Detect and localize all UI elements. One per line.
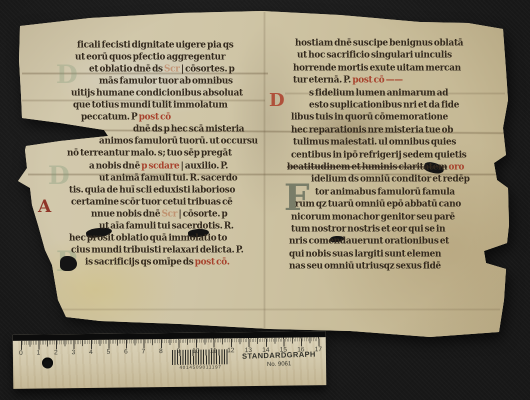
fold-crease xyxy=(60,308,500,311)
text-segment: | cōsorte. p xyxy=(177,209,227,220)
red-initial-letter: D xyxy=(269,92,285,110)
ruler-number: 5 xyxy=(107,349,111,356)
manuscript-line: que totius mundi tulit immolatum xyxy=(73,100,228,111)
text-segment: tulimus maiestati. ul omnibus quies xyxy=(293,137,456,148)
barcode-digits: 4014509011197 xyxy=(170,364,231,370)
text-segment: certamine scōr tuor cetui tribuas cē xyxy=(71,197,233,208)
text-segment: beatitudinem et luminis claritatem xyxy=(287,162,447,173)
text-segment: que totius mundi tulit immolatum xyxy=(73,100,228,111)
red-initial-letter: A xyxy=(38,199,51,216)
text-segment: peccatum. P xyxy=(81,112,139,123)
ruler: 01234567891011121314151617 4014509011197… xyxy=(13,331,327,389)
manuscript-line: mās famulor tuor ab omnibus xyxy=(99,76,233,87)
manuscript-line: hec reparationis nre misteria tue ob xyxy=(291,125,453,136)
parchment-hole xyxy=(60,256,77,271)
text-segment: qui nobis suas largiti sunt elemen xyxy=(289,249,441,260)
manuscript-line: a nobis dnē p scdare | auxilio. P. xyxy=(89,161,228,172)
text-segment: nas seu omniū utriusqz sexus fidē xyxy=(289,261,441,272)
manuscript-line: peccatum. P post cō xyxy=(81,112,171,123)
text-segment: tur eternā. P. xyxy=(293,75,352,86)
ruler-number: 7 xyxy=(142,348,146,355)
text-segment: | auxilio. P. xyxy=(179,161,228,172)
text-segment: cius mundi tribuisti relaxari delicta. P… xyxy=(71,245,244,256)
manuscript-line: esto suplicationibus nri et da fide xyxy=(309,100,459,111)
text-segment: tor animabus famulorū famula xyxy=(315,187,455,198)
ruler-number: 6 xyxy=(124,349,128,356)
ruler-number: 2 xyxy=(54,349,58,356)
text-segment: post cō —— xyxy=(352,75,402,86)
manuscript-line: animos famulorū tuorū. ut occursu xyxy=(99,136,258,147)
manuscript-line: beatitudinem et luminis claritatem oro xyxy=(287,162,464,173)
manuscript-line: hec prosit oblatio quā immolatio to xyxy=(69,233,227,244)
manuscript-line: nō terreantur malo. s; tuo sēp pregāt xyxy=(67,148,232,159)
text-segment: is sacrificijs qs omīpe ds xyxy=(85,257,195,268)
manuscript-line: ficali fecisti dignitate uigere pia qs xyxy=(77,40,233,51)
manuscript-line: ut animā famuli tui. R. sacerdo xyxy=(99,173,237,184)
manuscript-line: qui nobis suas largiti sunt elemen xyxy=(289,249,441,260)
manuscript-line: nris comendauerunt orationibus et xyxy=(289,236,449,247)
manuscript-line: cius mundi tribuisti relaxari delicta. P… xyxy=(71,245,244,256)
manuscript-line: nicorum monachor genitor seu parē xyxy=(291,212,455,223)
manuscript-line: rum qz tuarū omniū epō abbatū cano xyxy=(295,199,461,210)
text-segment: post cō xyxy=(139,112,171,123)
text-segment: hostiam dnē suscipe benignus oblatā xyxy=(295,38,463,49)
text-segment: Scr xyxy=(164,64,180,75)
manuscript-line: horrende mortis exute uitam mercan xyxy=(293,63,461,74)
ruler-number: 4 xyxy=(89,349,93,356)
text-segment: rum qz tuarū omniū epō abbatū cano xyxy=(295,199,461,210)
manuscript-line: dnē ds p hec scā misteria xyxy=(133,124,244,135)
text-segment: Scr xyxy=(162,209,178,220)
text-segment: hec reparationis nre misteria tue ob xyxy=(291,125,453,136)
ruler-model-number: No. 9061 xyxy=(233,360,325,369)
showthrough-initial: D xyxy=(48,163,70,188)
text-segment: ut eorū quos pfectio aggregentur xyxy=(75,52,225,63)
manuscript-line: tum nostror nostris et eor qui se in xyxy=(291,224,445,235)
manuscript-line: tulimus maiestati. ul omnibus quies xyxy=(293,137,456,148)
manuscript-line: tis. quia de huī scli eduxisti laborioso xyxy=(69,185,235,196)
text-segment: libus tuis in quorū cōmemoratione xyxy=(291,112,448,123)
ruler-number: 8 xyxy=(159,348,163,355)
text-segment: tum nostror nostris et eor qui se in xyxy=(291,224,445,235)
text-segment: uitijs humane condicionibus absoluat xyxy=(71,88,243,99)
showthrough-initial: D xyxy=(56,62,78,87)
manuscript-line: ut hoc sacrificio singulari uinculis xyxy=(297,50,452,61)
manuscript-line: centibus in ipō refrigerij sedem quietis xyxy=(291,150,467,161)
manuscript-line: ut eorū quos pfectio aggregentur xyxy=(75,52,225,63)
manuscript-line: et oblatio dnē ds Scr | cōsortes. p xyxy=(89,64,235,75)
ruler-number: 3 xyxy=(72,349,76,356)
manuscript-line: ut aīa famuli tui sacerdotis. R. xyxy=(99,221,234,232)
manuscript-line: tor animabus famulorū famula xyxy=(315,187,455,198)
ruler-brand-name: STANDARDGRAPH xyxy=(233,349,325,361)
text-segment: idelium ds omniū conditor et redēp xyxy=(311,174,470,185)
manuscript-line: s fidelium lumen animarum ad xyxy=(309,88,448,99)
text-segment: mās famulor tuor ab omnibus xyxy=(99,76,233,87)
text-segment: hec prosit oblatio quā immolatio to xyxy=(69,233,227,244)
text-segment: p scdare xyxy=(141,161,179,172)
manuscript-line: libus tuis in quorū cōmemoratione xyxy=(291,112,448,123)
manuscript-line: idelium ds omniū conditor et redēp xyxy=(311,174,470,185)
ruler-brand-block: STANDARDGRAPH No. 9061 xyxy=(233,349,325,369)
text-segment: tis. quia de huī scli eduxisti laborioso xyxy=(69,185,235,196)
text-segment: nris comendauerunt orationibus et xyxy=(289,236,449,247)
manuscript-line: is sacrificijs qs omīpe ds post cō. xyxy=(85,257,230,268)
manuscript-line: uitijs humane condicionibus absoluat xyxy=(71,88,243,99)
text-segment: ut hoc sacrificio singulari uinculis xyxy=(297,50,452,61)
manuscript-line: nnue nobis dnē Scr | cōsorte. p xyxy=(91,209,227,220)
ruler-number: 1 xyxy=(37,350,41,357)
text-segment: dnē ds p hec scā misteria xyxy=(133,124,244,135)
text-segment: centibus in ipō refrigerij sedem quietis xyxy=(291,150,467,161)
text-segment: nnue nobis dnē xyxy=(91,209,162,220)
text-segment: oro xyxy=(447,162,464,173)
text-segment: horrende mortis exute uitam mercan xyxy=(293,63,461,74)
text-segment: nicorum monachor genitor seu parē xyxy=(291,212,455,223)
dark-initial-letter: F xyxy=(284,180,310,216)
ruler-number: 0 xyxy=(19,350,23,357)
text-segment: ut aīa famuli tui sacerdotis. R. xyxy=(99,221,234,232)
text-segment: ut animā famuli tui. R. sacerdo xyxy=(99,173,237,184)
gutter-crease xyxy=(263,12,266,328)
text-segment: animos famulorū tuorū. ut occursu xyxy=(99,136,258,147)
photo-stage: A D F D D P ficali fecisti dignitate uig… xyxy=(0,0,530,400)
text-segment: et oblatio dnē ds xyxy=(89,64,164,75)
text-segment: a nobis dnē xyxy=(89,161,141,172)
text-segment: post cō. xyxy=(195,257,230,268)
red-smudge xyxy=(486,250,498,256)
text-segment: nō terreantur malo. s; tuo sēp pregāt xyxy=(67,148,232,159)
text-segment: ficali fecisti dignitate uigere pia qs xyxy=(77,40,233,51)
manuscript-line: hostiam dnē suscipe benignus oblatā xyxy=(295,38,463,49)
text-segment: s fidelium lumen animarum ad xyxy=(309,88,448,99)
text-segment: esto suplicationibus nri et da fide xyxy=(309,100,459,111)
manuscript-line: nas seu omniū utriusqz sexus fidē xyxy=(289,261,441,272)
barcode xyxy=(172,349,229,365)
manuscript-line: certamine scōr tuor cetui tribuas cē xyxy=(71,197,233,208)
manuscript-line: tur eternā. P. post cō —— xyxy=(293,75,403,86)
text-segment: | cōsortes. p xyxy=(180,64,235,75)
ruler-hanging-hole xyxy=(42,357,53,368)
